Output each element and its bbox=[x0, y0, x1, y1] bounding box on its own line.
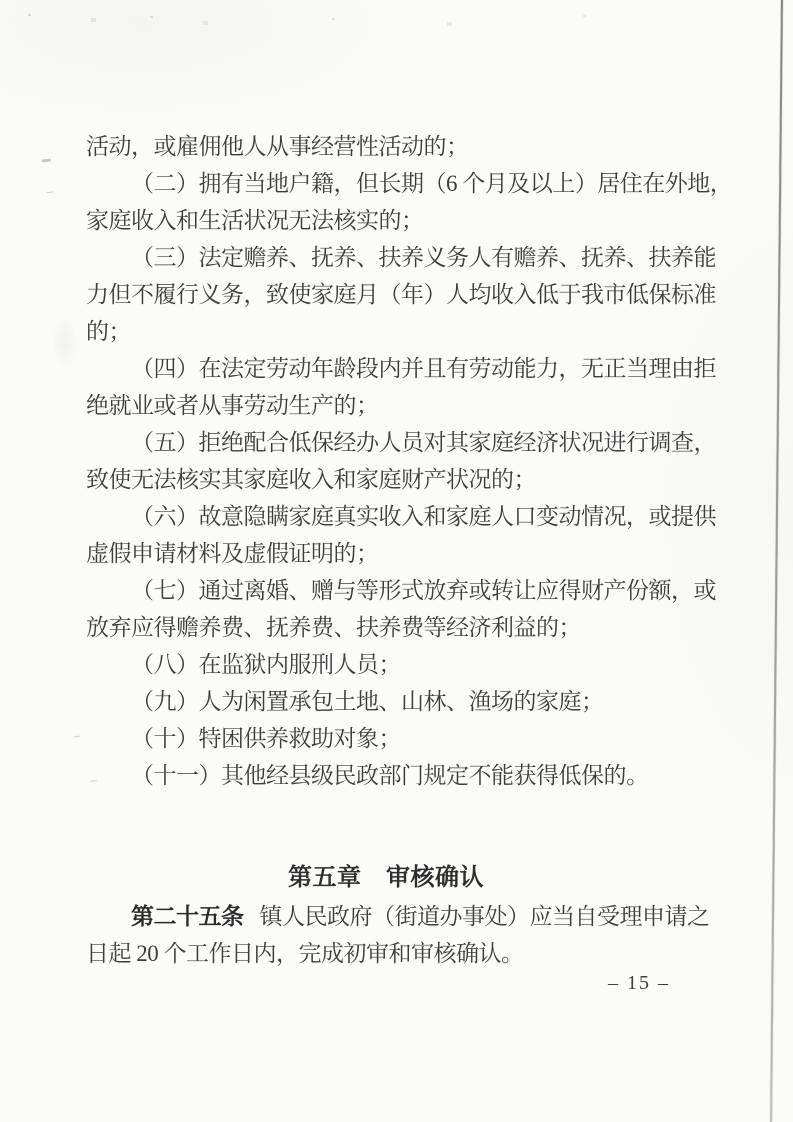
article-number-label: 第二十五条 bbox=[131, 904, 244, 929]
article-25-first-line: 第二十五条镇人民政府（街道办事处）应当自受理申请之 bbox=[86, 898, 746, 935]
body-line-1: 活动，或雇佣他人从事经营性活动的； bbox=[86, 128, 738, 165]
document-body: 活动，或雇佣他人从事经营性活动的； （二）拥有当地户籍，但长期（6 个月及以上）… bbox=[86, 128, 738, 794]
scan-noise-speckles bbox=[28, 14, 31, 16]
scanned-document-page: 活动，或雇佣他人从事经营性活动的； （二）拥有当地户籍，但长期（6 个月及以上）… bbox=[0, 0, 793, 1122]
article-25-text: 镇人民政府（街道办事处）应当自受理申请之 bbox=[260, 904, 710, 929]
body-line-5: 力但不履行义务，致使家庭月（年）人均收入低于我市低保标准 bbox=[86, 276, 738, 313]
clause-5-line: （五）拒绝配合低保经办人员对其家庭经济状况进行调查， bbox=[86, 424, 738, 461]
clause-6-line: （六）故意隐瞒家庭真实收入和家庭人口变动情况，或提供 bbox=[86, 498, 738, 535]
page-number: – 15 – bbox=[608, 972, 670, 995]
scan-edge-line-artifact bbox=[770, 0, 783, 1122]
body-line-6: 的； bbox=[86, 313, 738, 350]
clause-11-line: （十一）其他经县级民政部门规定不能获得低保的。 bbox=[86, 757, 738, 794]
scan-margin-marks bbox=[42, 159, 51, 163]
chapter-heading: 第五章 审核确认 bbox=[61, 857, 711, 892]
clause-8-line: （八）在监狱内服刑人员； bbox=[86, 646, 738, 683]
clause-2-line: （二）拥有当地户籍，但长期（6 个月及以上）居住在外地， bbox=[86, 165, 738, 202]
body-line-3: 家庭收入和生活状况无法核实的； bbox=[86, 202, 738, 239]
scan-smudge bbox=[52, 316, 78, 368]
clause-10-line: （十）特困供养救助对象； bbox=[86, 720, 738, 757]
body-line-8: 绝就业或者从事劳动生产的； bbox=[86, 387, 738, 424]
clause-4-line: （四）在法定劳动年龄段内并且有劳动能力，无正当理由拒 bbox=[86, 350, 738, 387]
body-line-10: 致使无法核实其家庭收入和家庭财产状况的； bbox=[86, 461, 738, 498]
article-25-continuation-line: 日起 20 个工作日内，完成初审和审核确认。 bbox=[86, 935, 746, 972]
clause-3-line: （三）法定赡养、抚养、扶养义务人有赡养、抚养、扶养能 bbox=[86, 239, 738, 276]
body-line-14: 放弃应得赡养费、抚养费、扶养费等经济利益的； bbox=[86, 609, 738, 646]
clause-7-line: （七）通过离婚、赠与等形式放弃或转让应得财产份额，或 bbox=[86, 572, 738, 609]
clause-9-line: （九）人为闲置承包土地、山林、渔场的家庭； bbox=[86, 683, 738, 720]
body-line-12: 虚假申请材料及虚假证明的； bbox=[86, 535, 738, 572]
